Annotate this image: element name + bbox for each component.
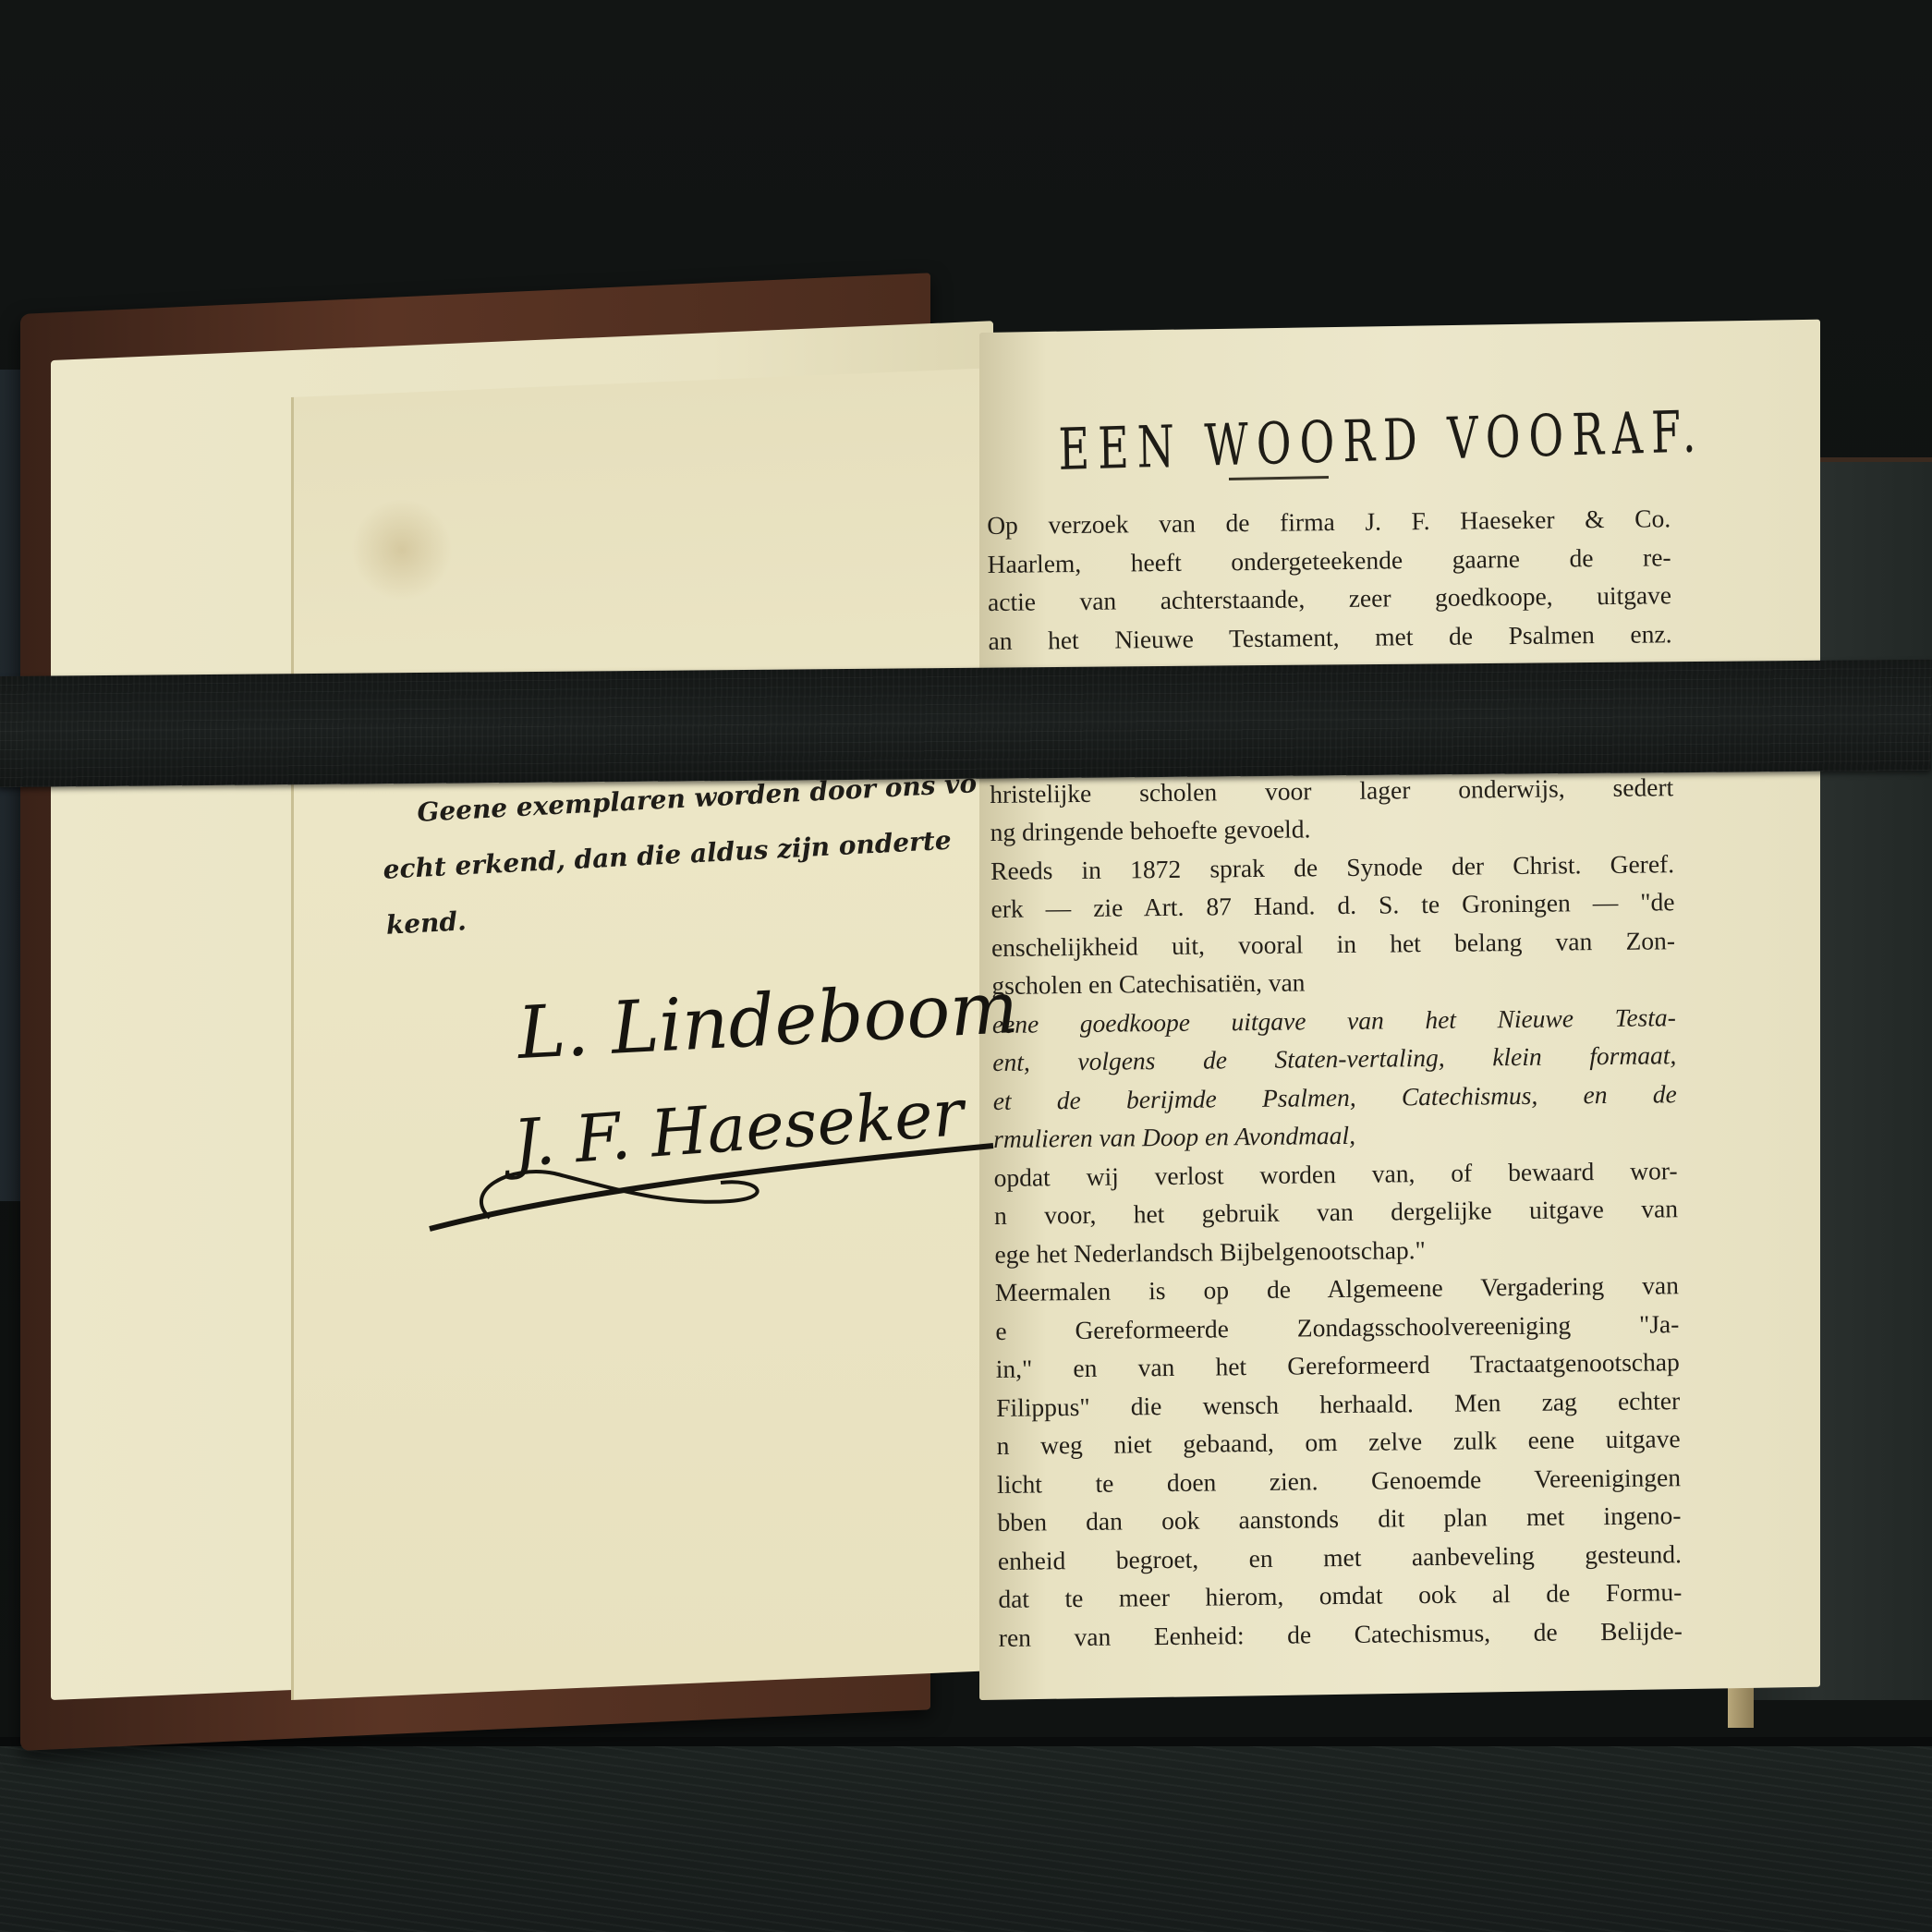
text-line: erk — zie Art. 87 Hand. d. S. te Groning… <box>990 882 1674 928</box>
elastic-band <box>0 660 1932 787</box>
text-line: dat te meer hierom, omdat ook al de Form… <box>998 1573 1682 1618</box>
text-line-italic: et de berijmde Psalmen, Catechismus, en … <box>993 1075 1677 1120</box>
text-line: Meermalen is op de Algemeene Vergadering… <box>995 1266 1679 1311</box>
text-line: ren van Eenheid: de Catechismus, de Beli… <box>999 1611 1683 1657</box>
signature-flourish-icon <box>425 1136 998 1238</box>
textured-table-surface <box>0 1746 1932 1932</box>
paper-stain <box>351 499 453 601</box>
text-line: bben dan ook aanstonds dit plan met inge… <box>997 1496 1681 1541</box>
text-line: n weg niet gebaand, om zelve zulk eene u… <box>996 1419 1680 1464</box>
authenticity-note: Geene exemplaren worden door ons vo echt… <box>379 755 997 953</box>
text-line: enschelijkheid uit, vooral in het belang… <box>991 921 1675 966</box>
page-heading: EEN WOORD VOORAF. <box>1058 402 1539 483</box>
text-line-italic: ent, volgens de Staten-vertaling, klein … <box>992 1036 1676 1081</box>
text-line: n voor, het gebruik van dergelijke uitga… <box>994 1189 1678 1234</box>
text-line: Op verzoek van de firma J. F. Haeseker &… <box>987 499 1671 544</box>
text-line: actie van achterstaande, zeer goedkoope,… <box>988 576 1671 621</box>
text-line: in," en van het Gereformeerd Tractaatgen… <box>996 1343 1680 1388</box>
